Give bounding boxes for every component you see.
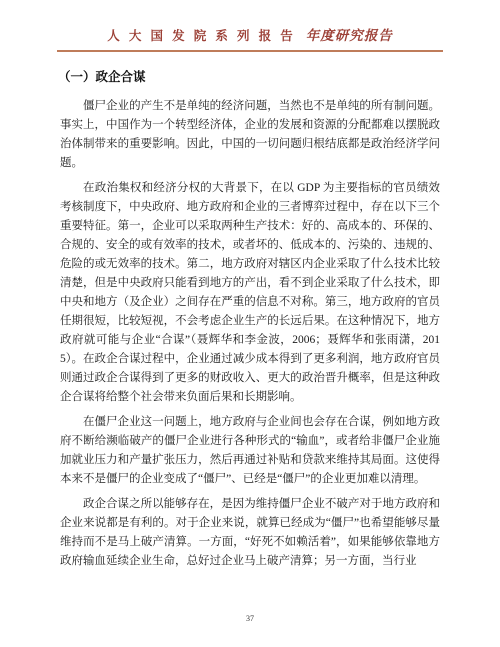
page-header: 人 大 国 发 院 系 列 报 告年度研究报告	[0, 0, 500, 45]
page-number: 37	[0, 614, 500, 623]
header-rule-divider	[57, 50, 443, 52]
paragraph-1: 僵尸企业的产生不是单纯的经济问题，当然也不是单纯的所有制问题。事实上，中国作为一…	[60, 97, 440, 173]
report-type-title: 年度研究报告	[306, 28, 393, 43]
document-page: 人 大 国 发 院 系 列 报 告年度研究报告 （一）政企合谋 僵尸企业的产生不…	[0, 0, 500, 647]
paragraph-2: 在政治集权和经济分权的大背景下，在以 GDP 为主要指标的官员绩效考核制度下，中…	[60, 179, 440, 407]
paragraph-3: 在僵尸企业这一问题上，地方政府与企业间也会存在合谋，例如地方政府不断给濒临破产的…	[60, 413, 440, 489]
section-heading: （一）政企合谋	[58, 67, 440, 85]
paragraph-4: 政企合谋之所以能够存在，是因为维持僵尸企业不破产对于地方政府和企业来说都是有利的…	[60, 495, 440, 571]
body-text: 僵尸企业的产生不是单纯的经济问题，当然也不是单纯的所有制问题。事实上，中国作为一…	[60, 97, 440, 571]
series-title: 人 大 国 发 院 系 列 报 告	[107, 29, 296, 43]
